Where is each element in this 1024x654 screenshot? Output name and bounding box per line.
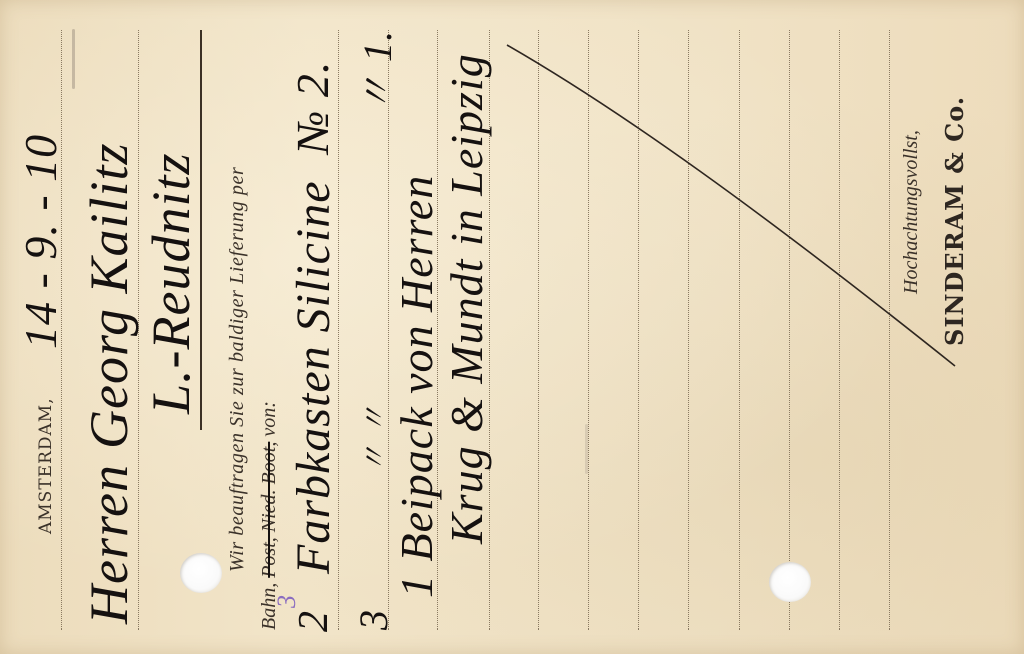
- scanned-postcard: AMSTERDAM, 14 - 9. - 10 Herren Georg Kai…: [0, 0, 1024, 654]
- place-label: AMSTERDAM,: [36, 397, 56, 534]
- recipient-salutation: Herren: [78, 464, 140, 624]
- ruled-line: [538, 30, 539, 630]
- ruled-line: [789, 30, 790, 630]
- ruled-line: [688, 30, 689, 630]
- item-2-description: 〃 〃: [350, 404, 394, 475]
- item-4-description: Krug & Mundt in Leipzig: [440, 53, 493, 544]
- ruled-line: [588, 30, 589, 630]
- company-signature: SINDERAM & Co.: [940, 96, 969, 346]
- punch-hole: [180, 553, 222, 593]
- ruled-line: [638, 30, 639, 630]
- item-2-number: 〃 1.: [346, 30, 403, 114]
- item-1-number: № 2.: [286, 61, 339, 154]
- item-2-quantity: 3: [350, 609, 397, 630]
- instruction-von: von:: [258, 401, 280, 437]
- recipient-name: Georg Kailitz: [78, 142, 140, 449]
- ruled-line: [889, 30, 890, 630]
- smudge-mark: [72, 29, 75, 89]
- punch-hole: [769, 562, 811, 602]
- ruled-line: [839, 30, 840, 630]
- delivery-method-struck: Post, Nied. Boot,: [258, 442, 280, 578]
- item-1-quantity-correction: 3: [272, 594, 302, 608]
- postcard-body: AMSTERDAM, 14 - 9. - 10 Herren Georg Kai…: [0, 0, 1024, 654]
- instruction-line-1: Wir beauftragen Sie zur baldiger Lieferu…: [226, 167, 249, 572]
- smudge-mark: [585, 424, 588, 474]
- item-1-quantity: 2: [290, 610, 338, 632]
- item-1-description: Farbkasten Silicine: [286, 180, 341, 574]
- recipient-location: L.-Reudnitz: [140, 153, 202, 415]
- closing-text: Hochachtungsvollst,: [900, 130, 923, 294]
- item-3-description: 1 Beipack von Herren: [390, 175, 443, 598]
- date-handwritten: 14 - 9. - 10: [14, 134, 67, 349]
- ruled-line: [388, 30, 389, 630]
- ruled-line: [739, 30, 740, 630]
